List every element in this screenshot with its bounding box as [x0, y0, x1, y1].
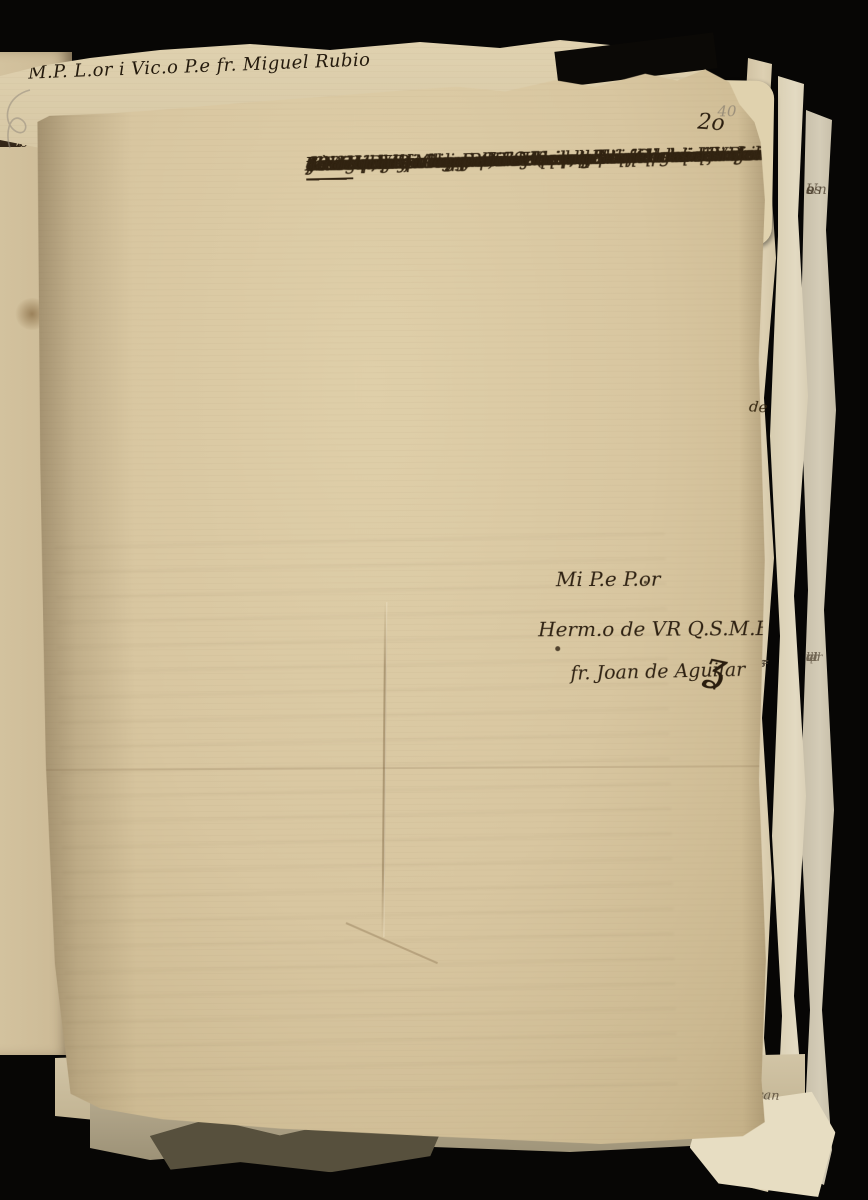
right-margin-note: de [748, 397, 768, 416]
pencil-swirl-mark [0, 86, 34, 156]
signature-closing: Herm.o de VR Q.S.M.B. [538, 616, 777, 641]
folio-mark-pencil: 40 [717, 102, 736, 120]
signature-rubric-flourish: ʓ [700, 643, 731, 693]
date-suffix: a. [306, 152, 324, 178]
edge-fragment: el [806, 640, 817, 674]
letter-body: y hermanos Chariss.os de esa S.ta Comuni… [306, 141, 798, 153]
signature-salutation: Mi P.e P.or [556, 567, 661, 592]
archivist-inscription: M.P. L.or i Vic.o P.e fr. Miguel Rubio [28, 49, 371, 83]
letter-page: 2o 40 y hermanos Chariss.os de esa S.ta … [37, 60, 771, 1149]
show-through-text [55, 525, 678, 1099]
edge-fragment: s [806, 170, 813, 210]
ink-speck [644, 581, 647, 584]
manuscript-scan: Unoesos usleitaoneleaioruntutuoriua iaco… [0, 0, 868, 1200]
ink-blot [555, 646, 560, 651]
